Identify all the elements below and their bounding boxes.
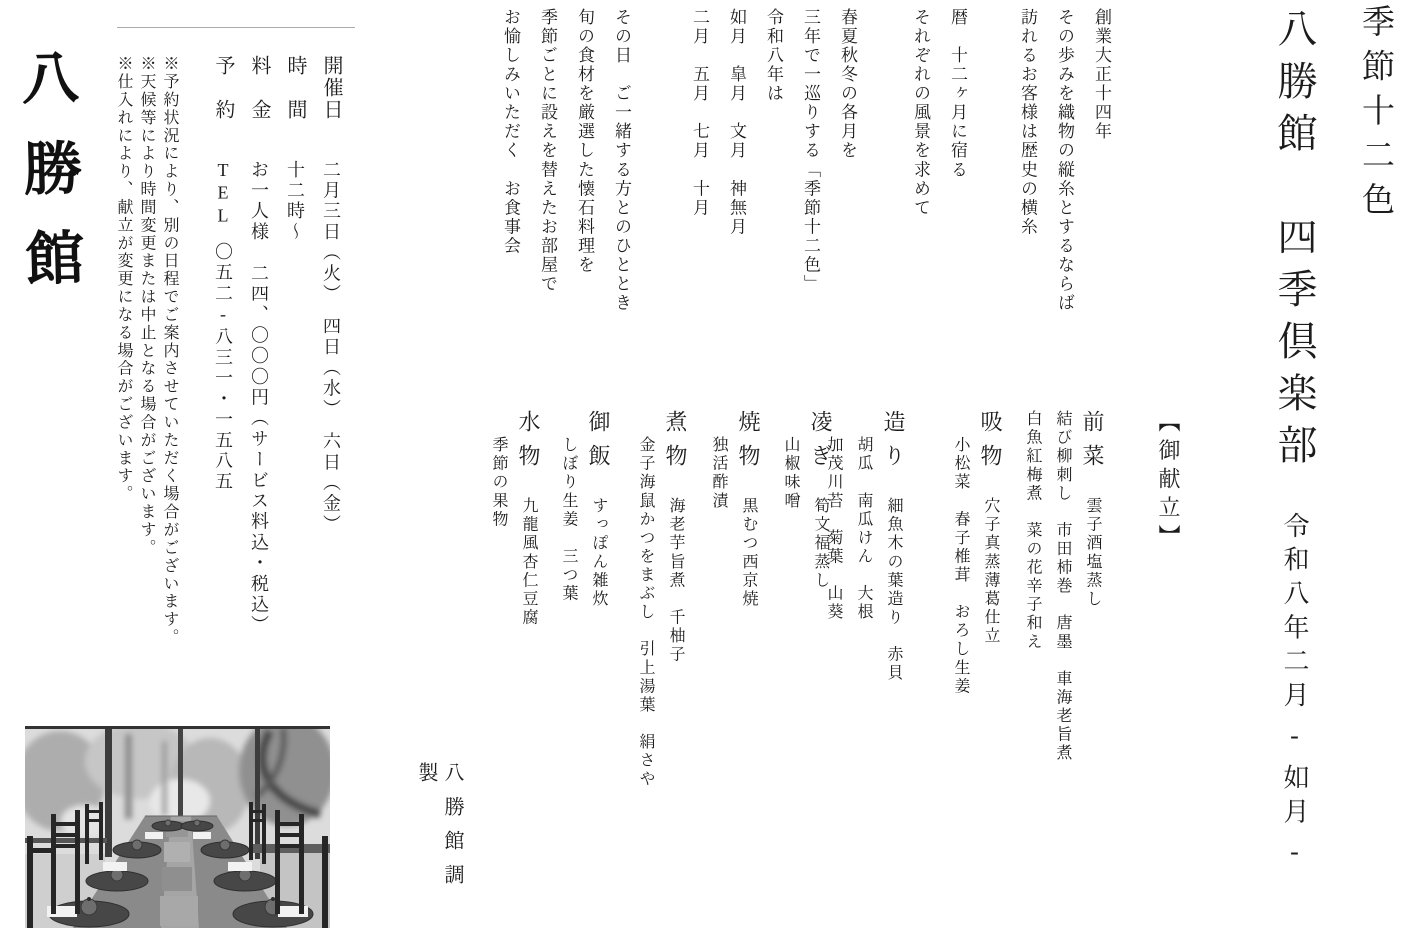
menu-item: 独活酢漬 bbox=[703, 410, 733, 608]
course-head-column: 前菜雲子酒塩蒸し bbox=[1077, 410, 1107, 763]
menu-header: 【御献立】 bbox=[1153, 410, 1183, 553]
event-label: 料金 bbox=[241, 55, 277, 119]
event-row-date: 開催日二月三日（火） 四日（水） 六日（金） bbox=[313, 55, 349, 636]
intro-line: お愉しみいただく お食事会 bbox=[492, 8, 529, 313]
intro-line: 如月 皐月 文月 神無月 bbox=[718, 8, 755, 294]
course-label: 造り bbox=[878, 410, 908, 466]
course-label: 前菜 bbox=[1077, 410, 1107, 466]
menu-item: 黒むつ西京焼 bbox=[740, 497, 757, 608]
course-head-column: 煮物海老芋旨煮 千柚子 bbox=[660, 410, 690, 789]
note-line: ※仕入れにより、献立が変更になる場合がございます。 bbox=[112, 55, 135, 646]
course-suimono: 吸物穴子真蒸薄葛仕立 小松菜 春子椎茸 おろし生姜 bbox=[945, 410, 1005, 696]
issue-date-text: 令和八年二月 bbox=[1280, 512, 1309, 715]
course-head-column: 凌ぎ筍文福蒸し bbox=[805, 410, 835, 590]
dash-mark: - bbox=[1280, 721, 1309, 758]
course-head-column: 焼物黒むつ西京焼 bbox=[733, 410, 763, 608]
menu-item: 結び柳刺し 市田柿巻 唐墨 車海老旨煮 bbox=[1047, 410, 1077, 763]
event-label: 開催日 bbox=[313, 55, 349, 119]
event-value: お一人様 二四、〇〇〇円（サービス料込・税込） bbox=[249, 160, 269, 636]
course-mizumono: 水物九龍風杏仁豆腐 季節の果物 bbox=[483, 410, 543, 627]
menu-item: 季節の果物 bbox=[483, 410, 513, 627]
tel-prefix: TEL bbox=[213, 160, 233, 228]
menu-item: 小松菜 春子椎茸 おろし生姜 bbox=[945, 410, 975, 696]
tel-part: 一五八五 bbox=[213, 410, 233, 493]
course-yakimono: 焼物黒むつ西京焼 独活酢漬 bbox=[703, 410, 763, 608]
menu-item: 胡瓜 南瓜けん 大根 bbox=[848, 410, 878, 683]
course-label: 煮物 bbox=[660, 410, 690, 466]
intro-line: 春夏秋冬の各月を bbox=[829, 8, 866, 294]
event-row-price: 料金お一人様 二四、〇〇〇円（サービス料込・税込） bbox=[241, 55, 277, 636]
menu-item: 筍文福蒸し bbox=[812, 497, 829, 590]
intro-line: 二月 五月 七月 十月 bbox=[681, 8, 718, 294]
page-title: 季節十二色 bbox=[1353, 4, 1397, 227]
course-gohan: 御飯すっぽん雑炊 しぼり生姜 三つ葉 bbox=[553, 410, 613, 608]
hasshokan-calligraphy-logo: 八勝館 bbox=[2, 47, 93, 319]
course-label: 吸物 bbox=[975, 410, 1005, 466]
course-head-column: 造り細魚木の葉造り 赤貝 bbox=[878, 410, 908, 683]
course-head-column: 吸物穴子真蒸薄葛仕立 bbox=[975, 410, 1005, 696]
event-row-time: 時間十二時～ bbox=[277, 55, 313, 636]
menu-flyer-page: 季節十二色 八勝館 四季倶楽部令和八年二月-如月- 創業大正十四年 その歩みを織… bbox=[0, 0, 1403, 928]
divider-rule bbox=[117, 27, 355, 28]
course-shinogi: 凌ぎ筍文福蒸し 山椒味噌 bbox=[775, 410, 835, 590]
intro-line: 三年で一巡りする「季節十二色」 bbox=[792, 8, 829, 294]
intro-invitation: その日 ご一緒する方とのひととき 旬の食材を厳選した懐石料理を 季節ごとに設えを… bbox=[492, 8, 640, 313]
event-label: 予約 bbox=[205, 55, 241, 119]
menu-item: 九龍風杏仁豆腐 bbox=[520, 497, 537, 627]
note-line: ※天候等により時間変更または中止となる場合がございます。 bbox=[135, 55, 158, 646]
event-row-reservation: 予約TEL〇五二-八三一・一五八五 bbox=[205, 55, 241, 636]
dining-room-photo bbox=[25, 726, 330, 928]
intro-line: その日 ご一緒する方とのひととき bbox=[603, 8, 640, 313]
intro-line: 季節ごとに設えを替えたお部屋で bbox=[529, 8, 566, 313]
intro-history: 創業大正十四年 その歩みを織物の縦糸とするならば 訪れるお客様は歴史の横糸 bbox=[1009, 8, 1120, 313]
event-value: 十二時～ bbox=[285, 160, 305, 243]
course-label: 御飯 bbox=[583, 410, 613, 466]
event-details: 開催日二月三日（火） 四日（水） 六日（金） 時間十二時～ 料金お一人様 二四、… bbox=[205, 55, 349, 636]
notes-block: ※予約状況により、別の日程でご案内させていただく場合がございます。 ※天候等によ… bbox=[112, 55, 181, 646]
dining-room-photo-graphic bbox=[25, 726, 330, 928]
tel-separator: - bbox=[213, 304, 233, 327]
intro-line: 創業大正十四年 bbox=[1083, 8, 1120, 313]
course-nimono: 煮物海老芋旨煮 千柚子 金子海鼠かつをまぶし 引上湯葉 絹さや bbox=[630, 410, 690, 789]
intro-calendar: 暦 十二ヶ月に宿る それぞれの風景を求めて bbox=[902, 8, 976, 217]
menu-item: 金子海鼠かつをまぶし 引上湯葉 絹さや bbox=[630, 410, 660, 789]
menu-item: すっぽん雑炊 bbox=[590, 497, 607, 608]
intro-line: その歩みを織物の縦糸とするならば bbox=[1046, 8, 1083, 313]
tel-part: 八三一 bbox=[213, 327, 233, 389]
intro-cycle: 春夏秋冬の各月を 三年で一巡りする「季節十二色」 令和八年は 如月 皐月 文月 … bbox=[681, 8, 866, 294]
intro-line: 旬の食材を厳選した懐石料理を bbox=[566, 8, 603, 313]
menu-item: しぼり生姜 三つ葉 bbox=[553, 410, 583, 608]
event-value: 二月三日（火） 四日（水） 六日（金） bbox=[321, 160, 341, 535]
intro-line: 令和八年は bbox=[755, 8, 792, 294]
event-label: 時間 bbox=[277, 55, 313, 119]
menu-item: 穴子真蒸薄葛仕立 bbox=[982, 497, 999, 645]
note-line: ※予約状況により、別の日程でご案内させていただく場合がございます。 bbox=[158, 55, 181, 646]
course-label: 水物 bbox=[513, 410, 543, 466]
menu-item: 海老芋旨煮 千柚子 bbox=[667, 497, 684, 664]
course-zensai: 前菜雲子酒塩蒸し 結び柳刺し 市田柿巻 唐墨 車海老旨煮 白魚紅梅煮 菜の花辛子… bbox=[1017, 410, 1107, 763]
menu-item: 白魚紅梅煮 菜の花辛子和え bbox=[1017, 410, 1047, 763]
tel-part: 〇五二 bbox=[213, 242, 233, 304]
course-label: 焼物 bbox=[733, 410, 763, 466]
issue-date: 令和八年二月-如月- bbox=[1280, 476, 1309, 880]
menu-item: 雲子酒塩蒸し bbox=[1084, 497, 1101, 608]
menu-item: 細魚木の葉造り 赤貝 bbox=[885, 497, 902, 683]
month-name: 如月 bbox=[1280, 764, 1309, 832]
course-head-column: 水物九龍風杏仁豆腐 bbox=[513, 410, 543, 627]
intro-line: 訪れるお客様は歴史の横糸 bbox=[1009, 8, 1046, 313]
phone-number: TEL〇五二-八三一・一五八五 bbox=[213, 160, 233, 493]
dash-mark: - bbox=[1280, 837, 1309, 874]
menu-item: 山椒味噌 bbox=[775, 410, 805, 590]
heading-column: 八勝館 四季倶楽部令和八年二月-如月- bbox=[1265, 8, 1323, 880]
colophon: 八勝館調製 bbox=[413, 762, 465, 928]
intro-line: 暦 十二ヶ月に宿る bbox=[939, 8, 976, 217]
tel-separator: ・ bbox=[213, 389, 233, 410]
intro-line: それぞれの風景を求めて bbox=[902, 8, 939, 217]
restaurant-club-title: 八勝館 四季倶楽部 bbox=[1272, 8, 1317, 476]
course-label: 凌ぎ bbox=[805, 410, 835, 466]
course-head-column: 御飯すっぽん雑炊 bbox=[583, 410, 613, 608]
